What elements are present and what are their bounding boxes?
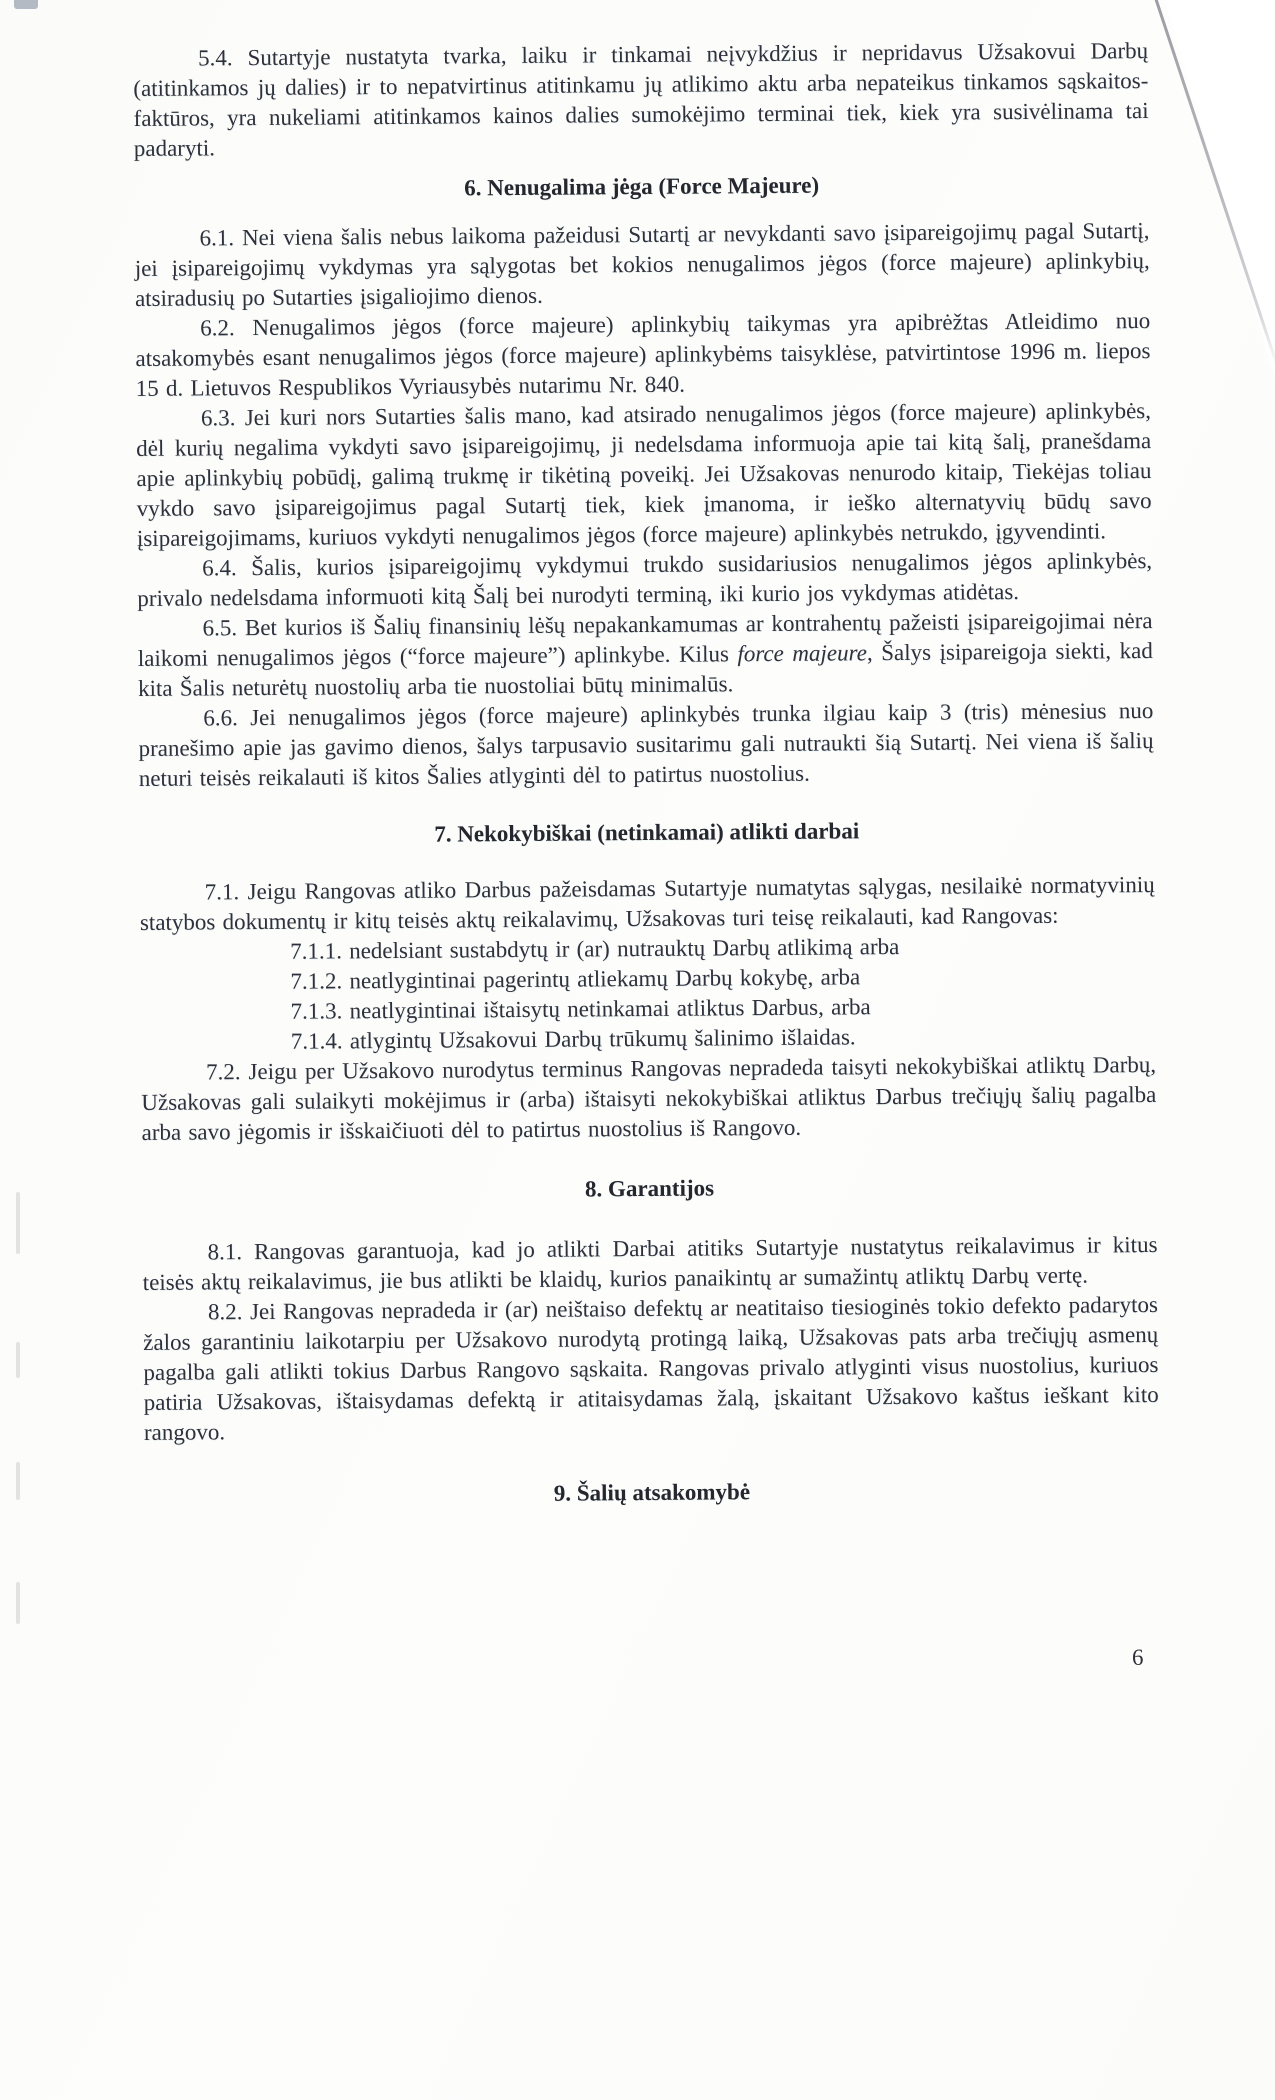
scan-edge-smudge [16,1192,20,1254]
scan-edge-smudge [16,1462,20,1500]
section-heading-8: 8. Garantijos [142,1170,1157,1208]
scan-mark-top-left [14,0,38,9]
paragraph-6-1: 6.1. Nei viena šalis nebus laikoma pažei… [134,216,1150,314]
document-body: 5.4. Sutartyje nustatyta tvarka, laiku i… [133,36,1159,1512]
scanned-contract-page: 5.4. Sutartyje nustatyta tvarka, laiku i… [0,0,1275,2100]
scan-edge-smudge [16,1582,20,1624]
paragraph-6-6: 6.6. Jei nenugalimos jėgos (force majeur… [138,696,1154,794]
paragraph-6-5: 6.5. Bet kurios iš Šalių finansinių lėšų… [137,606,1153,704]
paragraph-5-4: 5.4. Sutartyje nustatyta tvarka, laiku i… [133,36,1149,164]
paragraph-8-2: 8.2. Jei Rangovas nepradeda ir (ar) neiš… [143,1290,1159,1448]
page-number: 6 [1132,1644,1144,1672]
paragraph-8-1: 8.1. Rangovas garantuoja, kad jo atlikti… [142,1230,1157,1298]
paragraph-7-1: 7.1. Jeigu Rangovas atliko Darbus pažeis… [140,870,1155,938]
paragraph-6-2: 6.2. Nenugalimos jėgos (force majeure) a… [135,306,1151,404]
paragraph-7-2: 7.2. Jeigu per Užsakovo nurodytus termin… [141,1050,1157,1148]
scan-corner-highlight [1150,0,1275,380]
section-heading-6: 6. Nenugalima jėga (Force Majeure) [134,168,1149,206]
scan-edge-smudge [16,1342,20,1378]
paragraph-6-4: 6.4. Šalis, kurios įsipareigojimų vykdym… [137,546,1152,614]
section-heading-9: 9. Šalių atsakomybė [144,1474,1159,1512]
paragraph-6-3: 6.3. Jei kuri nors Sutarties šalis mano,… [136,396,1152,554]
force-majeure-italic-phrase: force majeure [737,640,867,666]
section-heading-7: 7. Nekokybiškai (netinkamai) atlikti dar… [139,814,1154,852]
